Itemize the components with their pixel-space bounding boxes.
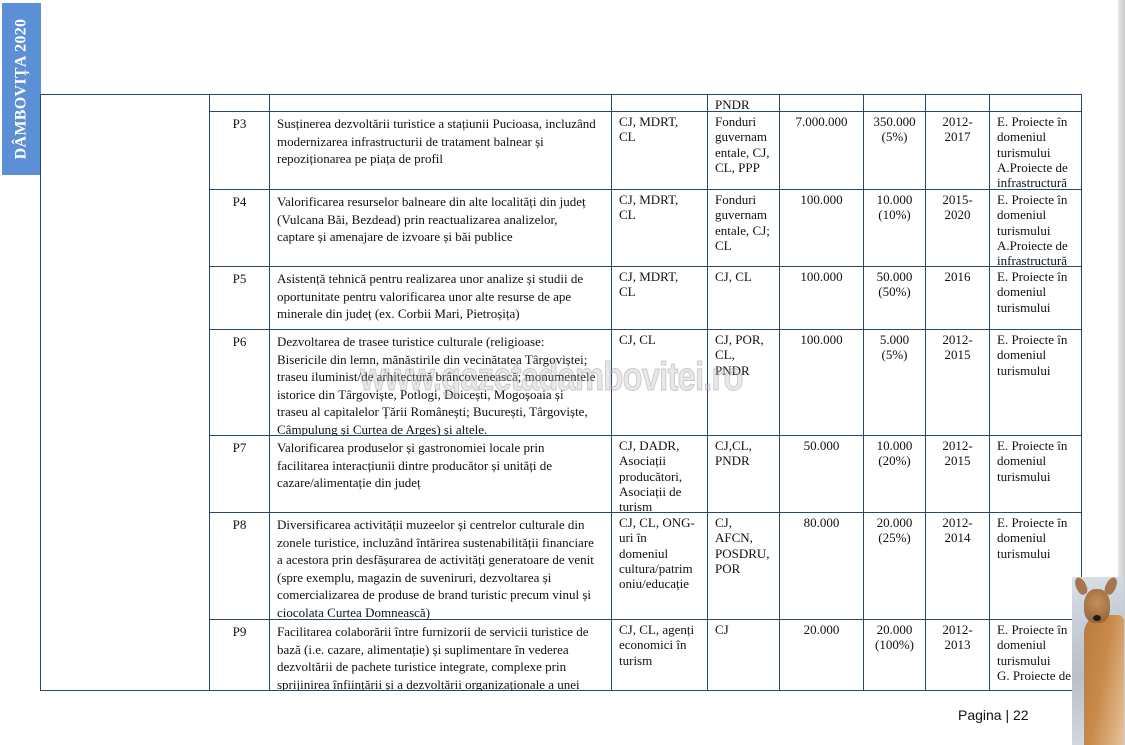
cell-code: P7 xyxy=(209,435,270,513)
cell-category-line: E. Proiecte în xyxy=(997,269,1075,284)
cell-funding-line: guvernam xyxy=(715,129,773,144)
cell-category: E. Proiecte îndomeniulturismuluiA.Proiec… xyxy=(989,189,1082,267)
cell-partners-line: turism xyxy=(619,653,701,668)
cell-partners-line: economici în xyxy=(619,637,701,652)
cell-partners: CJ, MDRT,CL xyxy=(611,111,708,190)
cell-category-line: domeniul xyxy=(997,530,1075,545)
cell-category-line: turismului xyxy=(997,363,1075,378)
cell-contribution-line: (5%) xyxy=(866,347,923,362)
cell-period-line: 2012- xyxy=(928,515,987,530)
cell-description-line: Asistență tehnică pentru realizarea unor… xyxy=(277,270,605,288)
cell-partners xyxy=(611,94,708,112)
cell-funding: Fonduriguvernamentale, CJ;CL xyxy=(707,189,780,267)
cell-contribution-line: (100%) xyxy=(866,637,923,652)
cell-description: Diversificarea activității muzeelor și c… xyxy=(269,512,612,620)
cell-code: P6 xyxy=(209,329,270,436)
cell-description: Valorificarea produselor și gastronomiei… xyxy=(269,435,612,513)
cell-description-line: Câmpulung și Curtea de Arges) și altele. xyxy=(277,421,605,436)
cell-code-text: P4 xyxy=(212,194,267,209)
cell-funding-line: PNDR xyxy=(715,453,773,468)
page-number: Pagina | 22 xyxy=(958,707,1029,723)
cell-description-line: Valorificarea produselor și gastronomiei… xyxy=(277,439,605,457)
cell-funding-line: entale, CJ, xyxy=(715,145,773,160)
cell-contribution-line: (10%) xyxy=(866,207,923,222)
cell-code: P5 xyxy=(209,266,270,330)
cell-partners-line: uri în xyxy=(619,530,701,545)
cell-funding-line: CJ, xyxy=(715,515,773,530)
cell-total-value-text: 50.000 xyxy=(782,438,861,453)
cell-contribution-line: (20%) xyxy=(866,453,923,468)
cell-contribution-line: (5%) xyxy=(866,129,923,144)
cell-total-value-text: 80.000 xyxy=(782,515,861,530)
cell-funding-line: entale, CJ; xyxy=(715,223,773,238)
cell-funding-line: Fonduri xyxy=(715,192,773,207)
cell-description-line: repoziționarea pe piața de profil xyxy=(277,150,605,168)
cell-code xyxy=(209,94,270,112)
cell-partners-line: CJ, MDRT, xyxy=(619,114,701,129)
cell-code-text: P8 xyxy=(212,517,267,532)
cell-period-line: 2012- xyxy=(928,622,987,637)
cell-period-line: 2020 xyxy=(928,207,987,222)
deer-nose xyxy=(1093,615,1101,621)
cell-funding-line: CJ, POR, xyxy=(715,332,773,347)
cell-description-line: Facilitarea colaborării între furnizorii… xyxy=(277,623,605,641)
cell-code: P4 xyxy=(209,189,270,267)
cell-contribution-line: 10.000 xyxy=(866,438,923,453)
cell-total-value: 7.000.000 xyxy=(779,111,864,190)
cell-partners-line: domeniul xyxy=(619,546,701,561)
cell-category: E. Proiecte îndomeniulturismului xyxy=(989,266,1082,330)
cell-description-line: (Vulcana Băi, Bezdead) prin reactualizar… xyxy=(277,211,605,229)
cell-partners-line: CJ, CL, ONG- xyxy=(619,515,701,530)
cell-contribution: 10.000(10%) xyxy=(863,189,926,267)
cell-code: P9 xyxy=(209,619,270,691)
cell-code-text: P9 xyxy=(212,624,267,639)
cell-code-text: P5 xyxy=(212,271,267,286)
cell-code-text: P7 xyxy=(212,440,267,455)
cell-partners: CJ, MDRT,CL xyxy=(611,266,708,330)
cell-partners-line: turism xyxy=(619,499,701,513)
cell-contribution: 5.000(5%) xyxy=(863,329,926,436)
cell-description-line: captare și amenajare de izvoare și băi p… xyxy=(277,228,605,246)
cell-category-line: domeniul xyxy=(997,453,1075,468)
cell-funding-line: CJ xyxy=(715,622,773,637)
side-banner: DÂMBOVIȚA 2020 xyxy=(2,3,41,175)
cell-total-value: 100.000 xyxy=(779,329,864,436)
cell-funding: Fonduriguvernamentale, CJ,CL, PPP xyxy=(707,111,780,190)
cell-partners-line: oniu/educație xyxy=(619,576,701,591)
deer-photo xyxy=(1072,577,1124,745)
cell-category-line: turismului xyxy=(997,653,1075,668)
cell-contribution: 20.000(25%) xyxy=(863,512,926,620)
cell-category-line: A.Proiecte de xyxy=(997,238,1075,253)
cell-partners: CJ, DADR,Asociațiiproducători,Asociații … xyxy=(611,435,708,513)
cell-funding-line: CL, PPP xyxy=(715,160,773,175)
cell-funding: CJ, POR,CL,PNDR xyxy=(707,329,780,436)
cell-description-line: oportunitate pentru valorificarea unor a… xyxy=(277,288,605,306)
cell-period: 2012-2014 xyxy=(925,512,990,620)
cell-description-line: traseu al capitalelor Țării Românești; B… xyxy=(277,403,605,421)
deer-body xyxy=(1084,615,1124,745)
cell-category-line: G. Proiecte de xyxy=(997,668,1075,683)
cell-funding-line: guvernam xyxy=(715,207,773,222)
cell-description-line: dezvoltării de pachete turistice integra… xyxy=(277,658,605,676)
cell-category-line: domeniul xyxy=(997,347,1075,362)
cell-period: 2012-2015 xyxy=(925,329,990,436)
cell-contribution: 50.000(50%) xyxy=(863,266,926,330)
cell-total-value-text: 100.000 xyxy=(782,332,861,347)
cell-contribution: 10.000(20%) xyxy=(863,435,926,513)
cell-period: 2012-2017 xyxy=(925,111,990,190)
cell-partners-line: CL xyxy=(619,207,701,222)
cell-description xyxy=(269,94,612,112)
cell-code: P3 xyxy=(209,111,270,190)
cell-contribution-line: (50%) xyxy=(866,284,923,299)
cell-category-line: turismului xyxy=(997,300,1075,315)
cell-category-line: domeniul xyxy=(997,207,1075,222)
cell-funding-line: CJ,CL, xyxy=(715,438,773,453)
cell-description-line: (spre exemplu, magazin de suveniruri, de… xyxy=(277,569,605,587)
cell-category: E. Proiecte îndomeniulturismului xyxy=(989,329,1082,436)
projects-table: PNDRP3Susținerea dezvoltării turistice a… xyxy=(40,94,1081,690)
cell-contribution-line: 10.000 xyxy=(866,192,923,207)
cell-contribution-line: 350.000 xyxy=(866,114,923,129)
cell-period-line: 2016 xyxy=(928,269,987,284)
cell-description-line: bază (i.e. cazare, alimentație) și supli… xyxy=(277,641,605,659)
cell-category: E. Proiecte îndomeniulturismuluiG. Proie… xyxy=(989,619,1082,691)
cell-total-value: 50.000 xyxy=(779,435,864,513)
cell-period: 2016 xyxy=(925,266,990,330)
cell-category-line: turismului xyxy=(997,469,1075,484)
cell-partners-line: CL xyxy=(619,129,701,144)
cell-category-line: E. Proiecte în xyxy=(997,438,1075,453)
cell-funding-line: AFCN, xyxy=(715,530,773,545)
cell-funding: CJ,CL,PNDR xyxy=(707,435,780,513)
cell-category: E. Proiecte îndomeniulturismului xyxy=(989,512,1082,620)
cell-period: 2015-2020 xyxy=(925,189,990,267)
cell-period-line: 2015 xyxy=(928,347,987,362)
cell-description-line: cazare/alimentație din județ xyxy=(277,474,605,492)
cell-funding: CJ, CL xyxy=(707,266,780,330)
cell-period-line: 2012- xyxy=(928,114,987,129)
cell-period-line: 2015- xyxy=(928,192,987,207)
cell-category: E. Proiecte îndomeniulturismului xyxy=(989,435,1082,513)
cell-funding-line: POR xyxy=(715,561,773,576)
cell-total-value: 80.000 xyxy=(779,512,864,620)
cell-category xyxy=(989,94,1082,112)
cell-period-line: 2017 xyxy=(928,129,987,144)
cell-partners-line: CJ, MDRT, xyxy=(619,192,701,207)
cell-description: Susținerea dezvoltării turistice a stați… xyxy=(269,111,612,190)
cell-category-line: domeniul xyxy=(997,284,1075,299)
cell-description-line: Susținerea dezvoltării turistice a stați… xyxy=(277,115,605,133)
cell-funding-line: PNDR xyxy=(715,363,773,378)
cell-description-line: ciocolata Curtea Domnească) xyxy=(277,604,605,620)
cell-partners-line: Asociații xyxy=(619,453,701,468)
cell-partners: CJ, CL, ONG-uri îndomeniulcultura/patrim… xyxy=(611,512,708,620)
cell-partners-line: Asociații de xyxy=(619,484,701,499)
cell-total-value-text: 100.000 xyxy=(782,269,861,284)
cell-partners-line: CJ, CL, agenți xyxy=(619,622,701,637)
cell-partners-line: CJ, DADR, xyxy=(619,438,701,453)
cell-partners: CJ, CL, agențieconomici înturism xyxy=(611,619,708,691)
cell-partners-line: CJ, MDRT, xyxy=(619,269,701,284)
cell-description-line: Diversificarea activității muzeelor și c… xyxy=(277,516,605,534)
cell-partners-line: CJ, CL xyxy=(619,332,701,347)
cell-total-value-text: 7.000.000 xyxy=(782,114,861,129)
cell-contribution-line: 50.000 xyxy=(866,269,923,284)
cell-period xyxy=(925,94,990,112)
cell-period-line: 2013 xyxy=(928,637,987,652)
cell-partners-line: producători, xyxy=(619,469,701,484)
cell-total-value: 100.000 xyxy=(779,189,864,267)
cell-funding: PNDR xyxy=(707,94,780,112)
cell-funding-line: CJ, CL xyxy=(715,269,773,284)
cell-description-line: zonele turistice, incluzând întărirea su… xyxy=(277,534,605,552)
cell-description-line: facilitarea interacțiunii dintre producă… xyxy=(277,457,605,475)
cell-description: Asistență tehnică pentru realizarea unor… xyxy=(269,266,612,330)
cell-contribution xyxy=(863,94,926,112)
cell-contribution-line: (25%) xyxy=(866,530,923,545)
cell-total-value: 20.000 xyxy=(779,619,864,691)
cell-category-line: E. Proiecte în xyxy=(997,192,1075,207)
cell-funding-line: CL, xyxy=(715,347,773,362)
cell-description-line: traseu iluminist/de arhitectură brâncove… xyxy=(277,368,605,386)
cell-contribution-line: 20.000 xyxy=(866,622,923,637)
cell-category-line: E. Proiecte în xyxy=(997,622,1075,637)
cell-category-line: A.Proiecte de xyxy=(997,160,1075,175)
cell-total-value xyxy=(779,94,864,112)
side-banner-title: DÂMBOVIȚA 2020 xyxy=(13,19,31,160)
cell-partners-line: CL xyxy=(619,284,701,299)
cell-description: Valorificarea resurselor balneare din al… xyxy=(269,189,612,267)
cell-description-line: a acestora prin desfășurarea de activită… xyxy=(277,551,605,569)
cell-period: 2012-2015 xyxy=(925,435,990,513)
cell-partners-line: cultura/patrim xyxy=(619,561,701,576)
cell-total-value: 100.000 xyxy=(779,266,864,330)
cell-funding-line: PNDR xyxy=(715,97,773,112)
cell-total-value-text: 20.000 xyxy=(782,622,861,637)
cell-category-line: E. Proiecte în xyxy=(997,114,1075,129)
cell-category-line: infrastructură xyxy=(997,253,1075,267)
cell-category-line: E. Proiecte în xyxy=(997,332,1075,347)
cell-funding-line: POSDRU, xyxy=(715,546,773,561)
cell-partners: CJ, MDRT,CL xyxy=(611,189,708,267)
cell-description-line: Dezvoltarea de trasee turistice cultural… xyxy=(277,333,605,351)
cell-code-text: P3 xyxy=(212,116,267,131)
cell-funding-line: Fonduri xyxy=(715,114,773,129)
cell-category-line: infrastructură xyxy=(997,175,1075,190)
cell-total-value-text: 100.000 xyxy=(782,192,861,207)
cell-funding: CJ xyxy=(707,619,780,691)
cell-category-line: domeniul xyxy=(997,637,1075,652)
cell-funding-line: CL xyxy=(715,238,773,253)
cell-category-line: domeniul xyxy=(997,129,1075,144)
cell-code-text: P6 xyxy=(212,334,267,349)
cell-contribution-line: 5.000 xyxy=(866,332,923,347)
cell-category-line: turismului xyxy=(997,223,1075,238)
cell-code: P8 xyxy=(209,512,270,620)
cell-period: 2012-2013 xyxy=(925,619,990,691)
cell-description-line: modernizarea infrastructurii de tratamen… xyxy=(277,133,605,151)
cell-period-line: 2012- xyxy=(928,332,987,347)
cell-period-line: 2014 xyxy=(928,530,987,545)
cell-description-line: minerale din județ (ex. Corbii Mari, Pie… xyxy=(277,305,605,323)
group-column-cell xyxy=(40,94,210,691)
cell-description-line: istorice din Târgoviște, Potlogi, Doiceș… xyxy=(277,386,605,404)
cell-category-line: turismului xyxy=(997,546,1075,561)
cell-funding: CJ,AFCN,POSDRU,POR xyxy=(707,512,780,620)
cell-period-line: 2012- xyxy=(928,438,987,453)
cell-contribution: 350.000(5%) xyxy=(863,111,926,190)
cell-description: Dezvoltarea de trasee turistice cultural… xyxy=(269,329,612,436)
cell-period-line: 2015 xyxy=(928,453,987,468)
cell-partners: CJ, CL xyxy=(611,329,708,436)
cell-description-line: Bisericile din lemn, mănăstirile din vec… xyxy=(277,351,605,369)
cell-description: Facilitarea colaborării între furnizorii… xyxy=(269,619,612,691)
cell-description-line: sprijinirea înființării și a dezvoltării… xyxy=(277,676,605,691)
cell-category: E. Proiecte îndomeniulturismuluiA.Proiec… xyxy=(989,111,1082,190)
cell-category-line: E. Proiecte în xyxy=(997,515,1075,530)
cell-description-line: Valorificarea resurselor balneare din al… xyxy=(277,193,605,211)
cell-contribution-line: 20.000 xyxy=(866,515,923,530)
cell-description-line: comercializarea de produse de brand turi… xyxy=(277,586,605,604)
cell-contribution: 20.000(100%) xyxy=(863,619,926,691)
cell-category-line: turismului xyxy=(997,145,1075,160)
